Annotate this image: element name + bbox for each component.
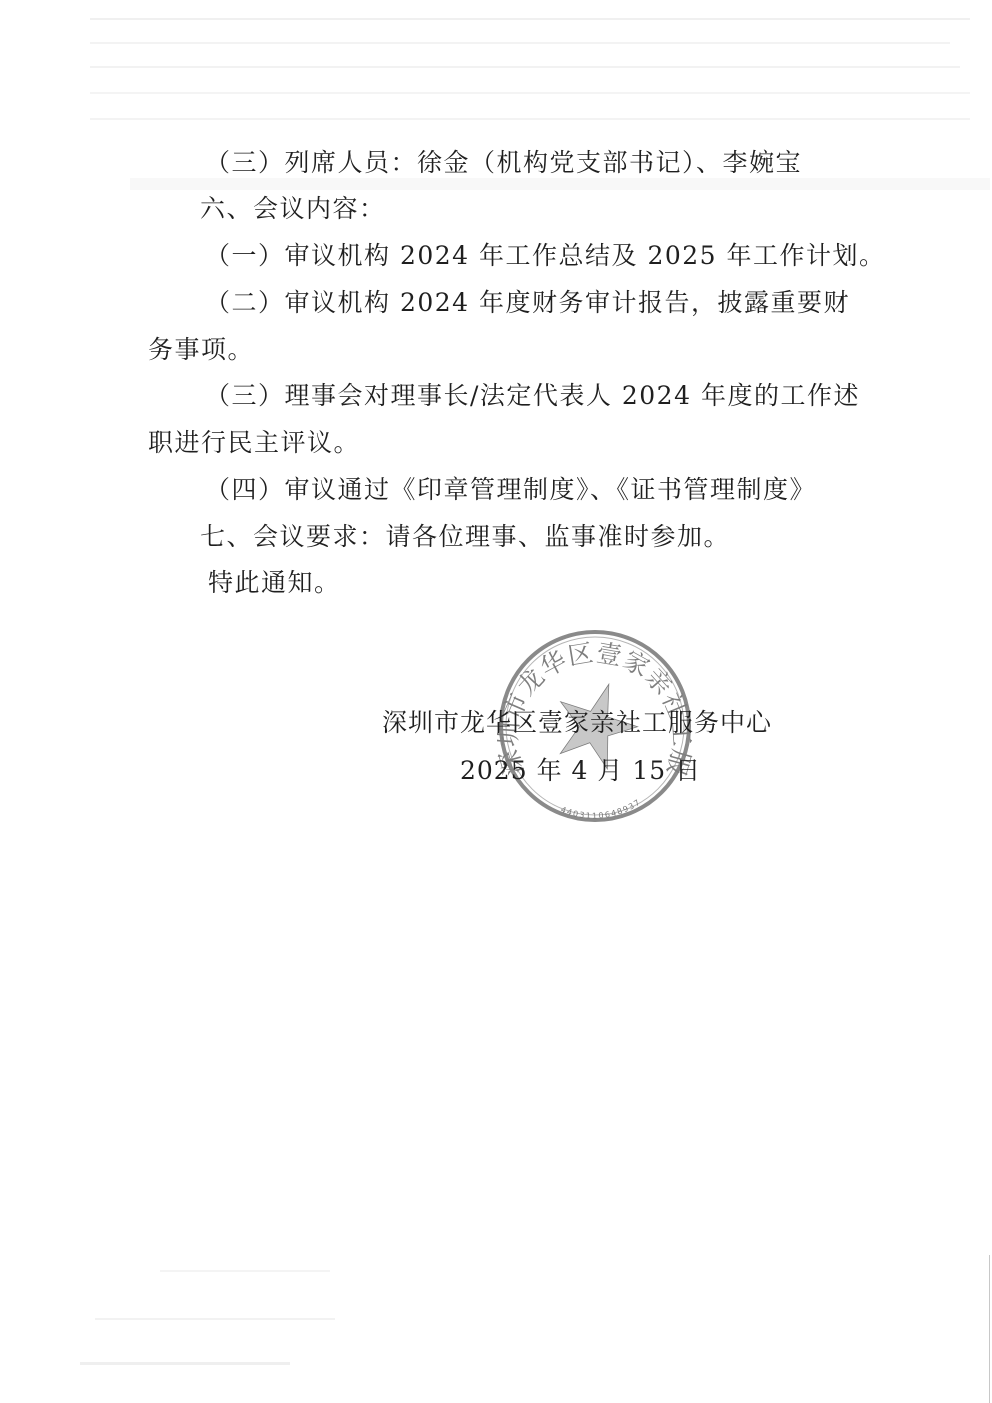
scan-artifact <box>90 42 950 44</box>
agenda-item-3-continued: 职进行民主评议。 <box>148 428 360 458</box>
scan-artifact <box>90 18 970 20</box>
section-heading-agenda: 六、会议内容： <box>200 194 386 224</box>
agenda-item-2-continued: 务事项。 <box>148 335 254 365</box>
stamp-code: 4403110648937 <box>559 797 642 820</box>
agenda-item-1: （一）审议机构 2024 年工作总结及 2025 年工作计划。 <box>205 241 886 271</box>
signature-date: 2025 年 4 月 15 日 <box>460 756 701 786</box>
agenda-item-3: （三）理事会对理事长/法定代表人 2024 年度的工作述 <box>205 381 860 411</box>
document-page: （三）列席人员：徐金（机构党支部书记）、李婉宝 六、会议内容： （一）审议机构 … <box>0 0 992 1403</box>
page-edge <box>989 1255 990 1403</box>
agenda-item-4: （四）审议通过《印章管理制度》、《证书管理制度》 <box>205 475 816 505</box>
agenda-item-2: （二）审议机构 2024 年度财务审计报告，披露重要财 <box>205 288 850 318</box>
closing-line: 特此通知。 <box>208 568 341 598</box>
attendees-line: （三）列席人员：徐金（机构党支部书记）、李婉宝 <box>205 148 802 178</box>
scan-artifact <box>90 66 960 68</box>
scan-artifact <box>90 118 970 120</box>
scan-artifact <box>160 1270 330 1272</box>
signature-organization: 深圳市龙华区壹家亲社工服务中心 <box>382 708 772 738</box>
scan-artifact <box>90 92 970 94</box>
section-heading-requirements: 七、会议要求：请各位理事、监事准时参加。 <box>200 522 730 552</box>
scan-artifact <box>80 1362 290 1365</box>
scan-artifact <box>130 178 990 190</box>
svg-text:4403110648937: 4403110648937 <box>559 797 642 820</box>
scan-artifact <box>95 1318 335 1320</box>
